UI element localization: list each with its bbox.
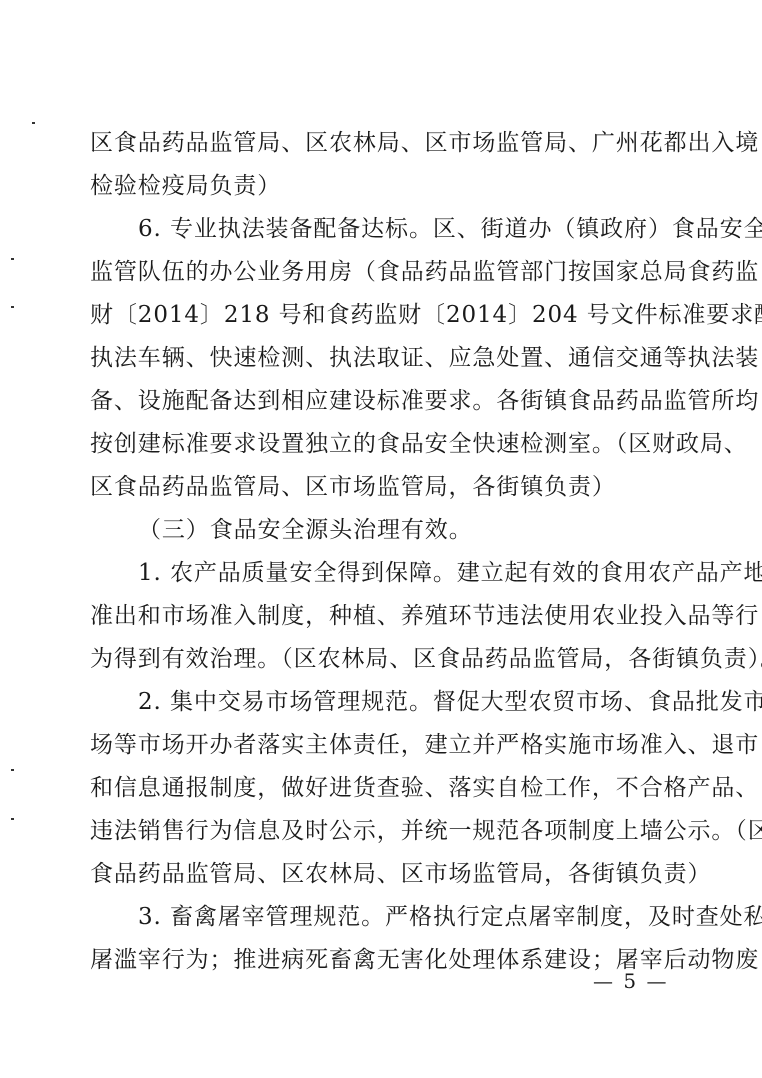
text-line: 2. 集中交易市场管理规范。督促大型农贸市场、食品批发市 xyxy=(138,687,676,717)
scan-margin-mark xyxy=(11,306,14,308)
scan-margin-mark xyxy=(11,818,14,820)
text-line: （三）食品安全源头治理有效。 xyxy=(138,515,676,545)
text-line: 备、设施配备达到相应建设标准要求。各街镇食品药品监管所均 xyxy=(90,386,676,416)
text-line: 区食品药品监管局、区市场监管局，各街镇负责） xyxy=(90,472,676,502)
text-line: 食品药品监管局、区农林局、区市场监管局，各街镇负责） xyxy=(90,859,676,889)
text-line: 区食品药品监管局、区农林局、区市场监管局、广州花都出入境 xyxy=(90,128,676,158)
text-line: 财〔2014〕218 号和食药监财〔2014〕204 号文件标准要求配备）、 xyxy=(90,300,676,330)
scan-margin-mark xyxy=(11,258,14,260)
text-line: 违法销售行为信息及时公示，并统一规范各项制度上墙公示。（区 xyxy=(90,816,676,846)
scan-margin-mark xyxy=(11,769,14,771)
text-line: 1. 农产品质量安全得到保障。建立起有效的食用农产品产地 xyxy=(138,558,676,588)
text-line: 屠滥宰行为；推进病死畜禽无害化处理体系建设；屠宰后动物废 xyxy=(90,945,676,975)
page-number: — 5 — xyxy=(593,968,668,994)
text-line: 6. 专业执法装备配备达标。区、街道办（镇政府）食品安全 xyxy=(138,214,676,244)
text-line: 为得到有效治理。（区农林局、区食品药品监管局，各街镇负责）。 xyxy=(90,644,676,674)
text-line: 监管队伍的办公业务用房（食品药品监管部门按国家总局食药监 xyxy=(90,257,676,287)
text-line: 和信息通报制度，做好进货查验、落实自检工作，不合格产品、 xyxy=(90,773,676,803)
text-line: 场等市场开办者落实主体责任，建立并严格实施市场准入、退市 xyxy=(90,730,676,760)
text-line: 执法车辆、快速检测、执法取证、应急处置、通信交通等执法装 xyxy=(90,343,676,373)
text-line: 3. 畜禽屠宰管理规范。严格执行定点屠宰制度，及时查处私 xyxy=(138,902,676,932)
text-line: 按创建标准要求设置独立的食品安全快速检测室。（区财政局、 xyxy=(90,429,676,459)
document-page: 区食品药品监管局、区农林局、区市场监管局、广州花都出入境检验检疫局负责）6. 专… xyxy=(0,0,762,1078)
scan-margin-mark xyxy=(32,122,35,124)
text-line: 准出和市场准入制度，种植、养殖环节违法使用农业投入品等行 xyxy=(90,601,676,631)
text-line: 检验检疫局负责） xyxy=(90,171,676,201)
